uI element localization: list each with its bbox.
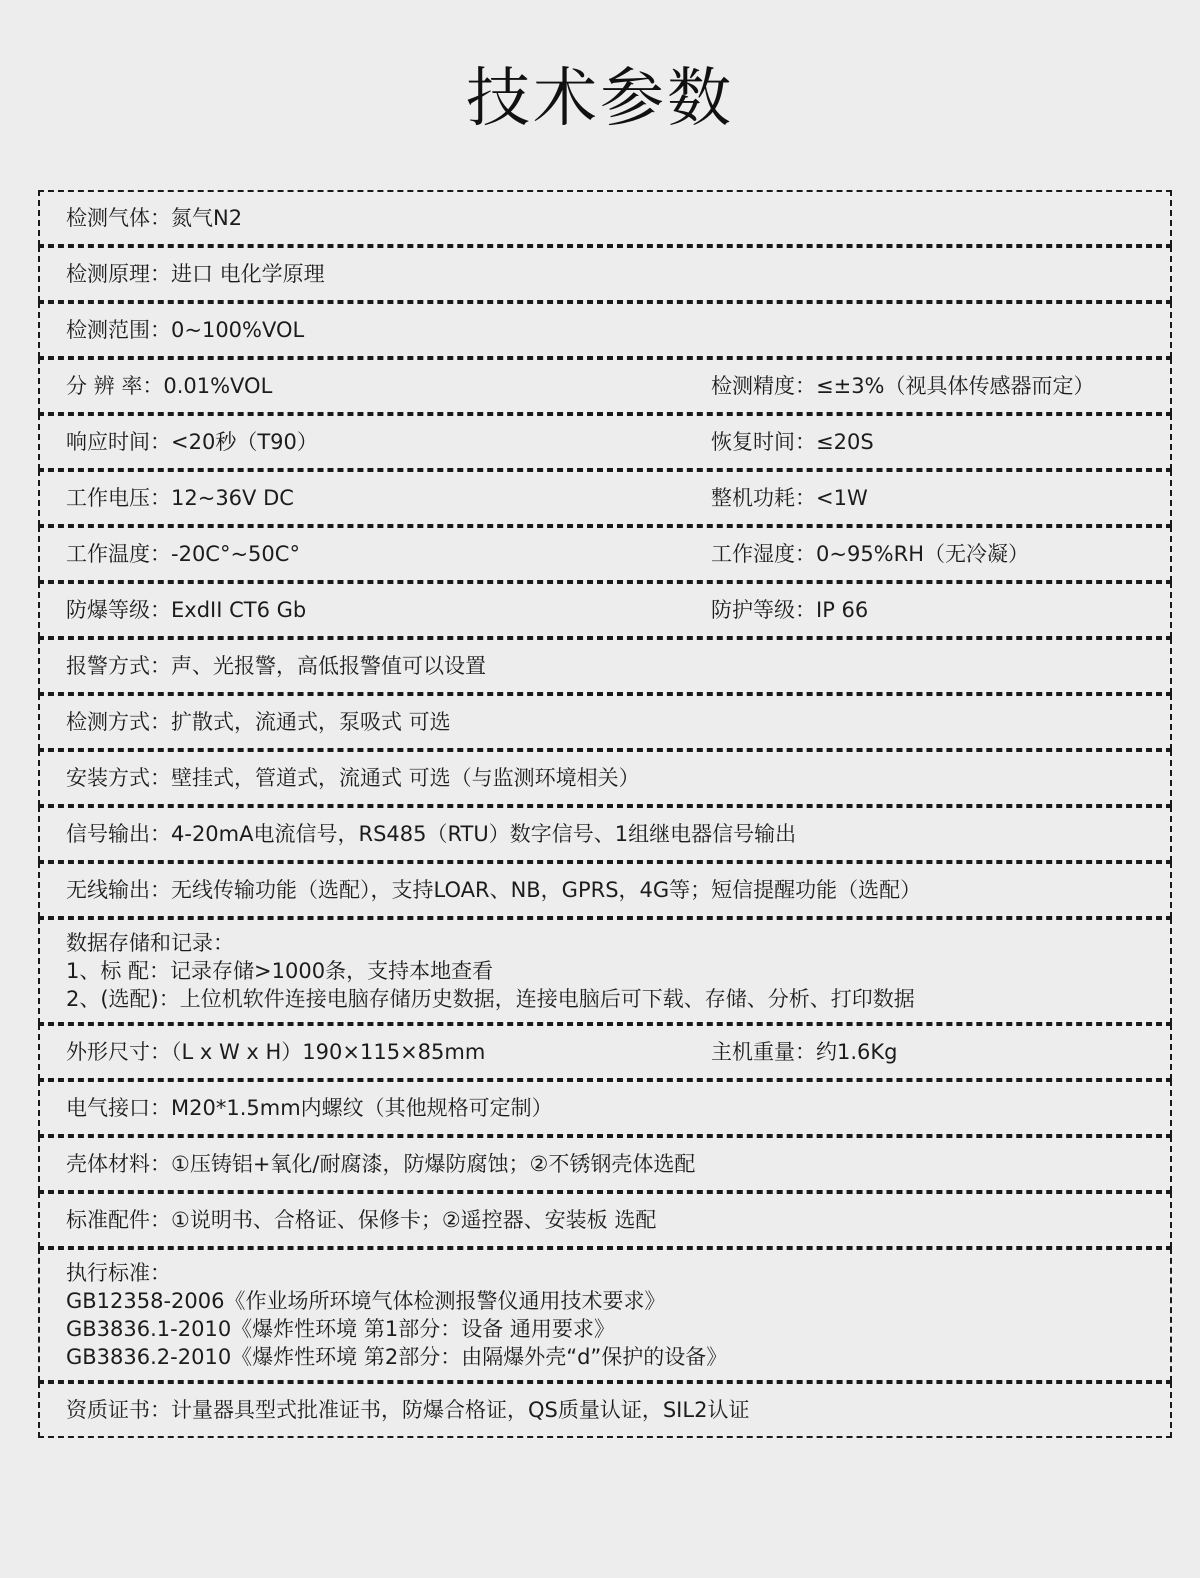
spec-row: 执行标准：GB12358-2006《作业场所环境气体检测报警仪通用技术要求》GB…	[38, 1248, 1172, 1382]
spec-line: 检测气体：氮气N2	[66, 204, 242, 232]
spec-line: GB3836.2-2010《爆炸性环境 第2部分：由隔爆外壳“d”保护的设备》	[66, 1343, 727, 1371]
spec-line: 外形尺寸：（L x W x H）190×115×85mm	[66, 1038, 711, 1066]
spec-line: 资质证书：计量器具型式批准证书，防爆合格证，QS质量认证，SIL2认证	[66, 1396, 749, 1424]
spec-cell: 检测方式：扩散式，流通式，泵吸式 可选	[66, 708, 451, 736]
spec-line: 2、(选配)：上位机软件连接电脑存储历史数据，连接电脑后可下载、存储、分析、打印…	[66, 985, 915, 1013]
spec-line: 检测精度：≤±3%（视具体传感器而定）	[711, 372, 1146, 400]
spec-cell: 工作湿度：0~95%RH（无冷凝）	[711, 540, 1146, 568]
spec-row: 资质证书：计量器具型式批准证书，防爆合格证，QS质量认证，SIL2认证	[38, 1382, 1172, 1438]
spec-line: 整机功耗：<1W	[711, 484, 1146, 512]
spec-line: 数据存储和记录：	[66, 929, 915, 957]
spec-line: 工作电压：12~36V DC	[66, 484, 711, 512]
spec-row: 分 辨 率：0.01%VOL检测精度：≤±3%（视具体传感器而定）	[38, 358, 1172, 414]
spec-cell: 响应时间：<20秒（T90）	[66, 428, 711, 456]
page-title: 技术参数	[0, 0, 1200, 134]
spec-cell: 外形尺寸：（L x W x H）190×115×85mm	[66, 1038, 711, 1066]
spec-cell: 防爆等级：ExdII CT6 Gb	[66, 596, 711, 624]
spec-row: 工作电压：12~36V DC整机功耗：<1W	[38, 470, 1172, 526]
spec-cell: 电气接口：M20*1.5mm内螺纹（其他规格可定制）	[66, 1094, 553, 1122]
spec-cell: 标准配件：①说明书、合格证、保修卡；②遥控器、安装板 选配	[66, 1206, 656, 1234]
spec-cell: 报警方式：声、光报警，高低报警值可以设置	[66, 652, 486, 680]
spec-row: 响应时间：<20秒（T90）恢复时间：≤20S	[38, 414, 1172, 470]
spec-row: 安装方式：壁挂式，管道式，流通式 可选（与监测环境相关）	[38, 750, 1172, 806]
spec-line: 响应时间：<20秒（T90）	[66, 428, 711, 456]
spec-cell: 工作电压：12~36V DC	[66, 484, 711, 512]
spec-line: 工作温度：-20C°~50C°	[66, 540, 711, 568]
spec-cell: 整机功耗：<1W	[711, 484, 1146, 512]
spec-cell: 执行标准：GB12358-2006《作业场所环境气体检测报警仪通用技术要求》GB…	[66, 1259, 727, 1371]
spec-row: 防爆等级：ExdII CT6 Gb防护等级：IP 66	[38, 582, 1172, 638]
spec-cell: 检测原理：进口 电化学原理	[66, 260, 325, 288]
spec-cell: 恢复时间：≤20S	[711, 428, 1146, 456]
spec-row: 壳体材料：①压铸铝+氧化/耐腐漆，防爆防腐蚀；②不锈钢壳体选配	[38, 1136, 1172, 1192]
spec-cell: 安装方式：壁挂式，管道式，流通式 可选（与监测环境相关）	[66, 764, 640, 792]
spec-line: 壳体材料：①压铸铝+氧化/耐腐漆，防爆防腐蚀；②不锈钢壳体选配	[66, 1150, 695, 1178]
spec-row: 工作温度：-20C°~50C°工作湿度：0~95%RH（无冷凝）	[38, 526, 1172, 582]
spec-line: 信号输出：4-20mA电流信号，RS485（RTU）数字信号、1组继电器信号输出	[66, 820, 796, 848]
spec-line: 电气接口：M20*1.5mm内螺纹（其他规格可定制）	[66, 1094, 553, 1122]
spec-cell: 资质证书：计量器具型式批准证书，防爆合格证，QS质量认证，SIL2认证	[66, 1396, 749, 1424]
spec-line: 防护等级：IP 66	[711, 596, 1146, 624]
spec-line: 报警方式：声、光报警，高低报警值可以设置	[66, 652, 486, 680]
spec-cell: 无线输出：无线传输功能（选配），支持LOAR、NB，GPRS，4G等；短信提醒功…	[66, 876, 921, 904]
spec-line: 主机重量：约1.6Kg	[711, 1038, 1146, 1066]
spec-table: 检测气体：氮气N2检测原理：进口 电化学原理检测范围：0~100%VOL分 辨 …	[38, 190, 1172, 1438]
spec-row: 电气接口：M20*1.5mm内螺纹（其他规格可定制）	[38, 1080, 1172, 1136]
spec-row: 报警方式：声、光报警，高低报警值可以设置	[38, 638, 1172, 694]
spec-row: 检测范围：0~100%VOL	[38, 302, 1172, 358]
spec-cell: 分 辨 率：0.01%VOL	[66, 372, 711, 400]
spec-line: 安装方式：壁挂式，管道式，流通式 可选（与监测环境相关）	[66, 764, 640, 792]
spec-cell: 信号输出：4-20mA电流信号，RS485（RTU）数字信号、1组继电器信号输出	[66, 820, 796, 848]
spec-line: GB3836.1-2010《爆炸性环境 第1部分：设备 通用要求》	[66, 1315, 727, 1343]
spec-row: 标准配件：①说明书、合格证、保修卡；②遥控器、安装板 选配	[38, 1192, 1172, 1248]
spec-line: 1、标 配：记录存储>1000条，支持本地查看	[66, 957, 915, 985]
spec-cell: 壳体材料：①压铸铝+氧化/耐腐漆，防爆防腐蚀；②不锈钢壳体选配	[66, 1150, 695, 1178]
spec-cell: 检测范围：0~100%VOL	[66, 316, 304, 344]
spec-cell: 工作温度：-20C°~50C°	[66, 540, 711, 568]
spec-line: 检测方式：扩散式，流通式，泵吸式 可选	[66, 708, 451, 736]
spec-line: 标准配件：①说明书、合格证、保修卡；②遥控器、安装板 选配	[66, 1206, 656, 1234]
spec-line: 检测范围：0~100%VOL	[66, 316, 304, 344]
spec-cell: 检测气体：氮气N2	[66, 204, 242, 232]
spec-row: 无线输出：无线传输功能（选配），支持LOAR、NB，GPRS，4G等；短信提醒功…	[38, 862, 1172, 918]
spec-row: 检测气体：氮气N2	[38, 190, 1172, 246]
spec-line: 执行标准：	[66, 1259, 727, 1287]
spec-cell: 数据存储和记录：1、标 配：记录存储>1000条，支持本地查看2、(选配)：上位…	[66, 929, 915, 1013]
spec-line: 恢复时间：≤20S	[711, 428, 1146, 456]
spec-row: 数据存储和记录：1、标 配：记录存储>1000条，支持本地查看2、(选配)：上位…	[38, 918, 1172, 1024]
spec-cell: 主机重量：约1.6Kg	[711, 1038, 1146, 1066]
spec-line: GB12358-2006《作业场所环境气体检测报警仪通用技术要求》	[66, 1287, 727, 1315]
spec-line: 检测原理：进口 电化学原理	[66, 260, 325, 288]
spec-line: 防爆等级：ExdII CT6 Gb	[66, 596, 711, 624]
spec-row: 外形尺寸：（L x W x H）190×115×85mm主机重量：约1.6Kg	[38, 1024, 1172, 1080]
spec-row: 检测原理：进口 电化学原理	[38, 246, 1172, 302]
spec-line: 分 辨 率：0.01%VOL	[66, 372, 711, 400]
spec-cell: 检测精度：≤±3%（视具体传感器而定）	[711, 372, 1146, 400]
spec-line: 无线输出：无线传输功能（选配），支持LOAR、NB，GPRS，4G等；短信提醒功…	[66, 876, 921, 904]
spec-line: 工作湿度：0~95%RH（无冷凝）	[711, 540, 1146, 568]
spec-cell: 防护等级：IP 66	[711, 596, 1146, 624]
spec-row: 信号输出：4-20mA电流信号，RS485（RTU）数字信号、1组继电器信号输出	[38, 806, 1172, 862]
spec-row: 检测方式：扩散式，流通式，泵吸式 可选	[38, 694, 1172, 750]
